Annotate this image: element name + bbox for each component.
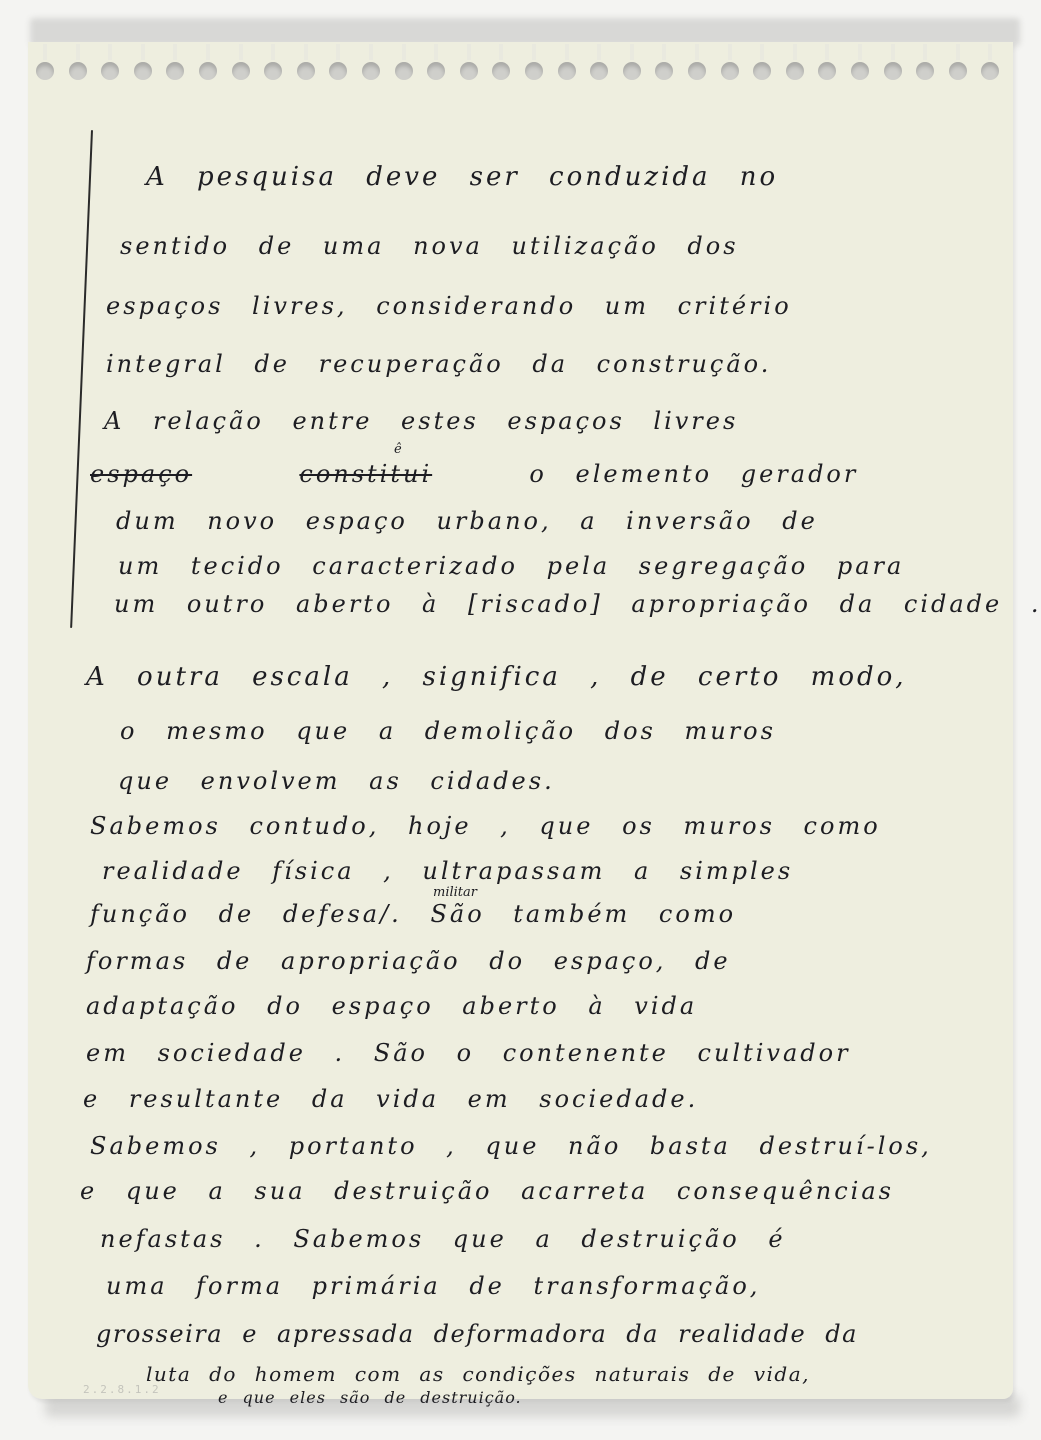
- spiral-hole: [884, 62, 902, 80]
- handwritten-line: integral de recuperação da construção.: [106, 350, 771, 378]
- struck-word: constitui: [299, 460, 432, 488]
- handwritten-line: Sabemos contudo, hoje , que os muros com…: [90, 812, 881, 840]
- margin-bracket-line: [70, 130, 93, 628]
- handwritten-line: grosseira e apressada deformadora da rea…: [96, 1320, 858, 1348]
- spiral-hole: [297, 62, 315, 80]
- spiral-hole: [818, 62, 836, 80]
- handwritten-line: um outro aberto à [riscado] apropriação …: [114, 590, 1041, 618]
- handwritten-line: função de defesa/. São também como: [90, 900, 736, 928]
- spiral-hole: [329, 62, 347, 80]
- handwritten-line: formas de apropriação do espaço, de: [86, 947, 731, 975]
- spiral-hole: [753, 62, 771, 80]
- archive-stamp: 2.2.8.1.2: [83, 1383, 161, 1396]
- handwritten-line: espaço constitui o elemento gerador: [90, 460, 858, 488]
- handwritten-line: Sabemos , portanto , que não basta destr…: [90, 1132, 932, 1160]
- spiral-hole: [721, 62, 739, 80]
- handwritten-line: e que eles são de destruição.: [218, 1388, 522, 1407]
- handwritten-line: espaços livres, considerando um critério: [106, 292, 792, 320]
- spiral-hole: [232, 62, 250, 80]
- spiral-hole: [69, 62, 87, 80]
- handwritten-line: o mesmo que a demolição dos muros: [120, 717, 776, 745]
- spiral-hole: [916, 62, 934, 80]
- spiral-hole: [166, 62, 184, 80]
- handwritten-line: nefastas . Sabemos que a destruição é: [100, 1225, 786, 1253]
- handwritten-line: uma forma primária de transformação,: [106, 1272, 760, 1300]
- struck-word: espaço: [90, 460, 192, 488]
- spiral-hole: [134, 62, 152, 80]
- handwritten-line: A pesquisa deve ser conduzida no: [146, 162, 778, 192]
- handwritten-line: sentido de uma nova utilização dos: [120, 232, 739, 260]
- inserted-accent: ê: [394, 442, 402, 457]
- spiral-hole: [558, 62, 576, 80]
- spiral-holes: [28, 62, 1013, 82]
- spiral-hole: [590, 62, 608, 80]
- spiral-hole: [655, 62, 673, 80]
- spiral-hole: [786, 62, 804, 80]
- handwritten-line: adaptação do espaço aberto à vida: [86, 992, 697, 1020]
- spiral-hole: [264, 62, 282, 80]
- handwritten-line: luta do homem com as condições naturais …: [146, 1362, 810, 1386]
- spiral-hole: [851, 62, 869, 80]
- handwritten-line: dum novo espaço urbano, a inversão de: [116, 507, 818, 535]
- spiral-hole: [949, 62, 967, 80]
- spiral-hole: [362, 62, 380, 80]
- handwritten-line: realidade física , ultrapassam a simples: [102, 857, 793, 885]
- spiral-hole: [395, 62, 413, 80]
- handwritten-line: e que a sua destruição acarreta consequê…: [80, 1177, 894, 1205]
- spiral-hole: [623, 62, 641, 80]
- spiral-hole: [101, 62, 119, 80]
- spiral-hole: [199, 62, 217, 80]
- spiral-hole: [688, 62, 706, 80]
- inserted-word: militar: [433, 885, 477, 900]
- spiral-hole: [981, 62, 999, 80]
- spiral-hole: [36, 62, 54, 80]
- handwritten-line: em sociedade . São o contenente cultivad…: [86, 1039, 851, 1067]
- spiral-hole: [460, 62, 478, 80]
- line-remainder: o elemento gerador: [529, 460, 858, 488]
- handwritten-line: um tecido caracterizado pela segregação …: [118, 552, 904, 580]
- handwritten-line: que envolvem as cidades.: [118, 767, 555, 795]
- spiral-hole: [427, 62, 445, 80]
- spiral-hole: [525, 62, 543, 80]
- spiral-hole: [492, 62, 510, 80]
- notebook-page: A pesquisa deve ser conduzida no sentido…: [28, 42, 1013, 1399]
- handwritten-line: A outra escala , significa , de certo mo…: [86, 662, 907, 692]
- handwritten-line: e resultante da vida em sociedade.: [83, 1085, 698, 1113]
- handwritten-line: A relação entre estes espaços livres: [104, 407, 738, 435]
